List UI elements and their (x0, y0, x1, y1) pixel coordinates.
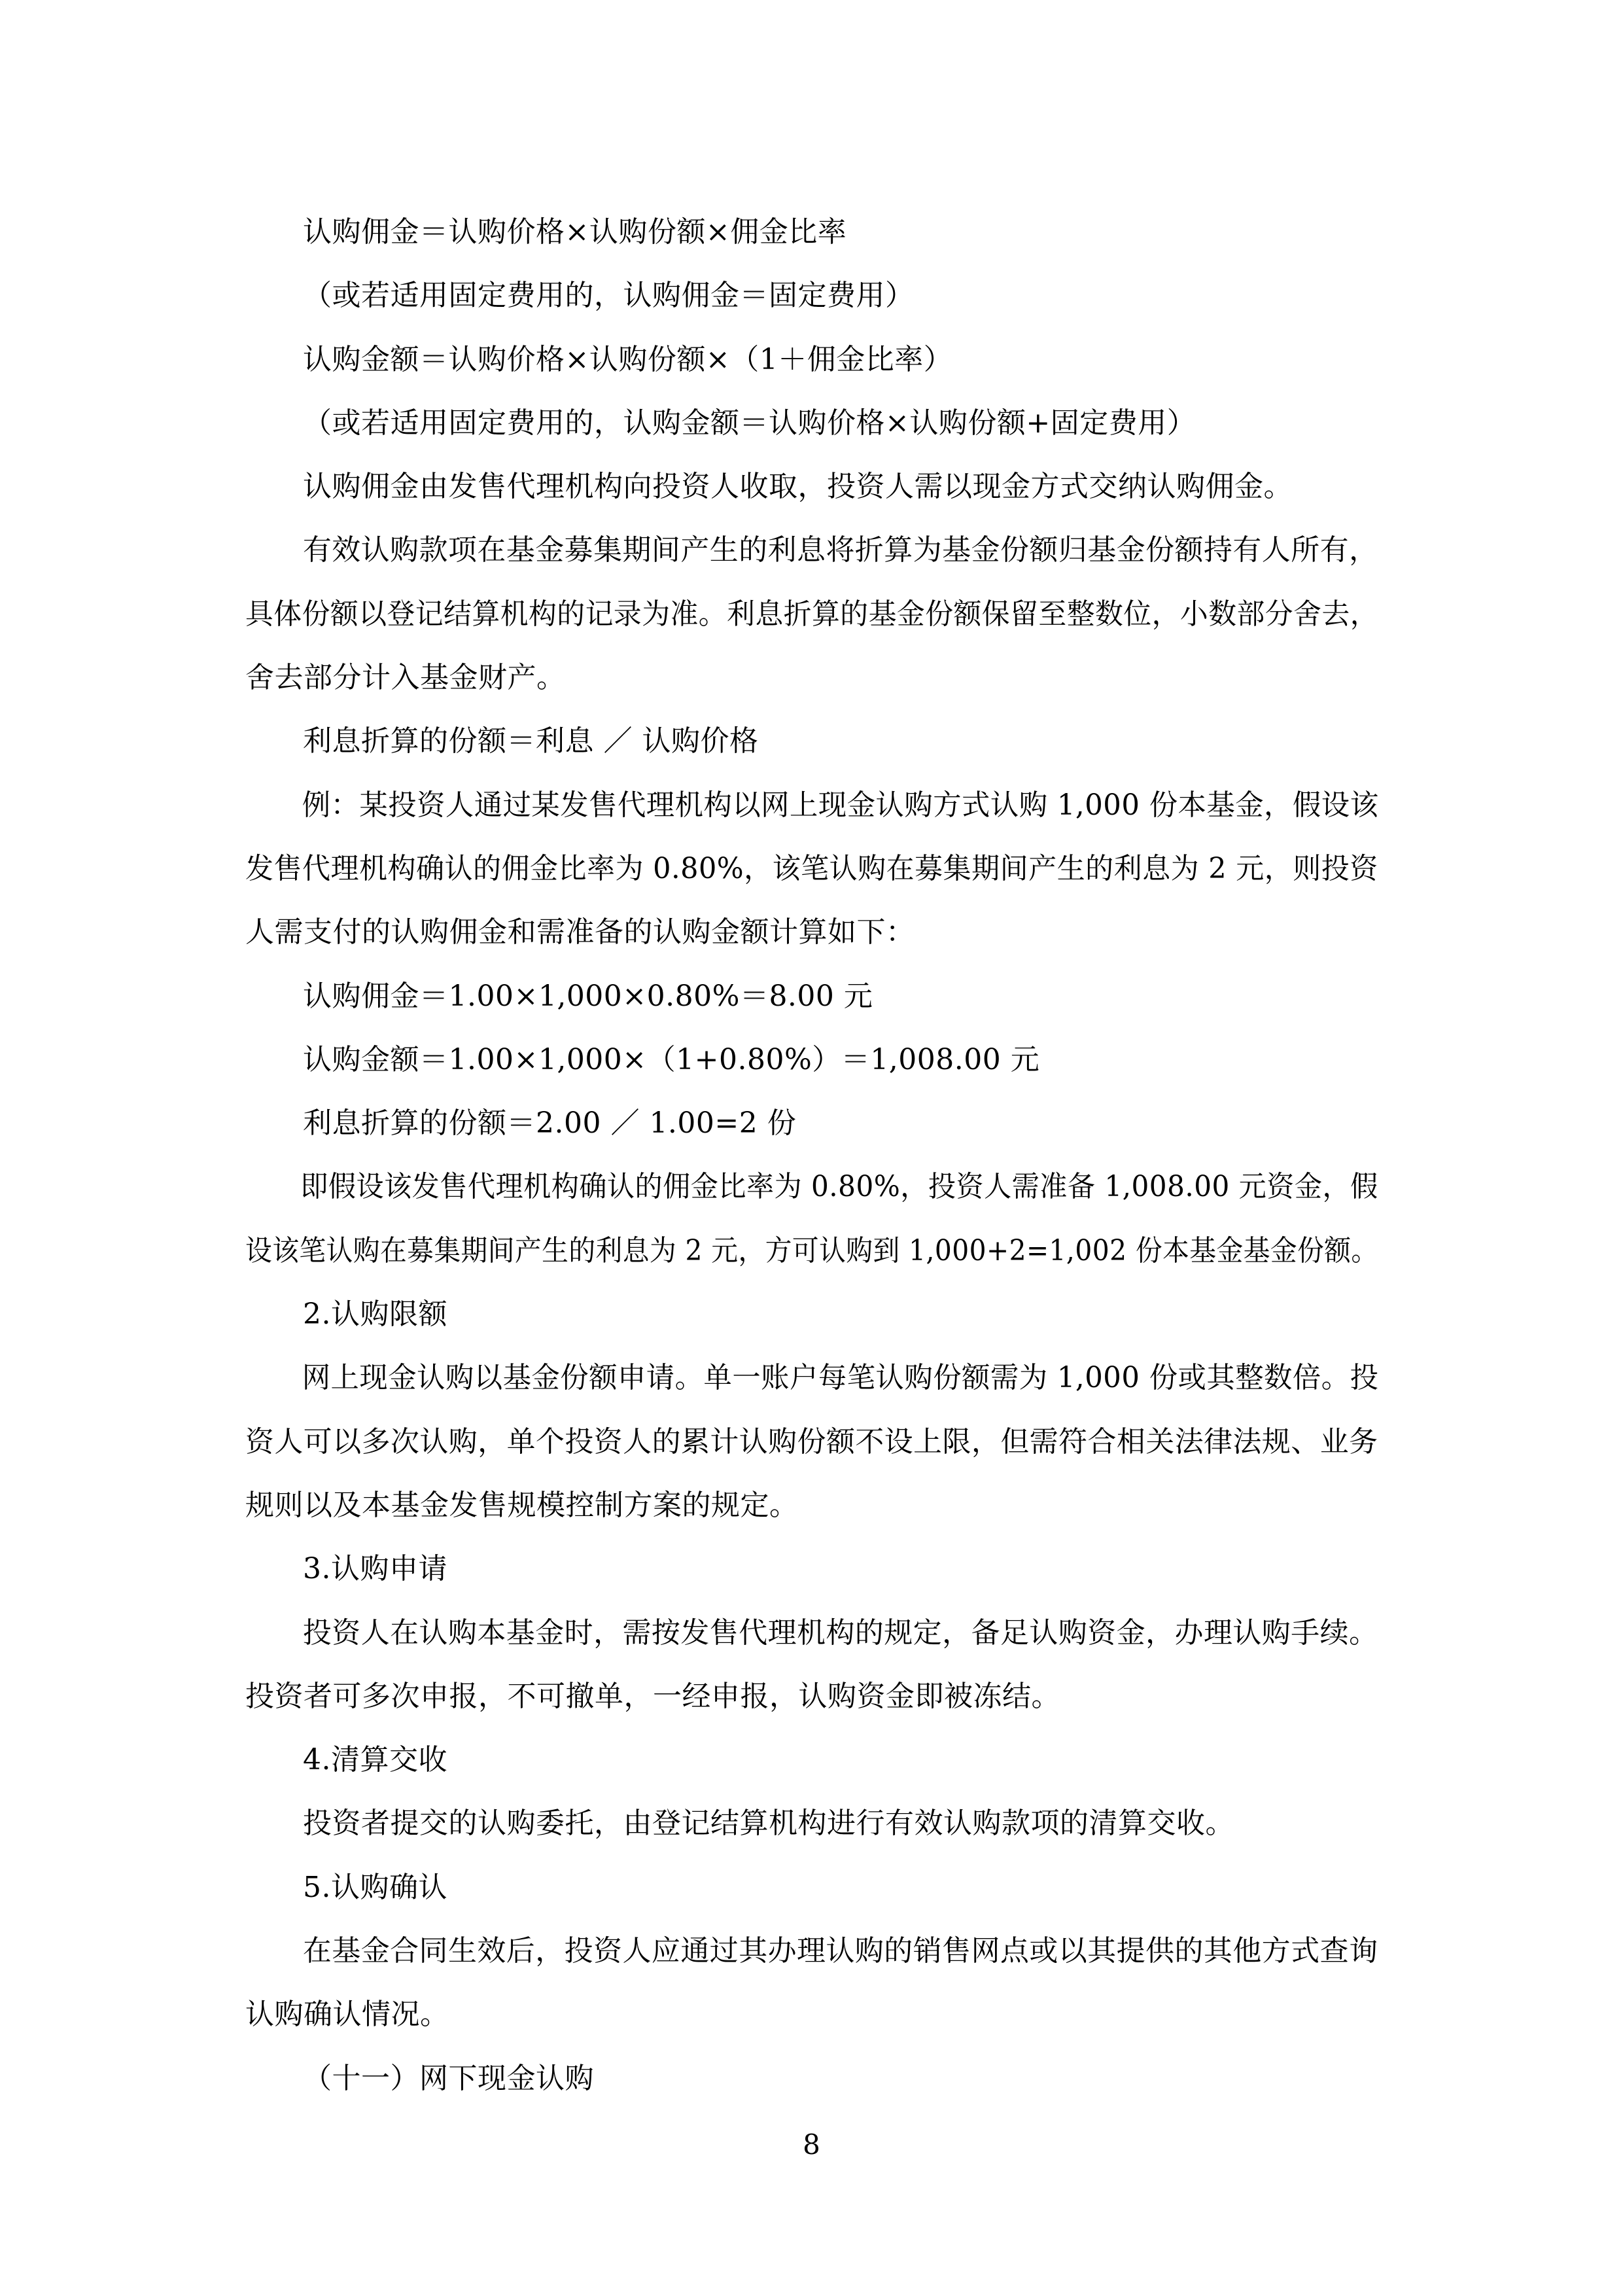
text-line: 人需支付的认购佣金和需准备的认购金额计算如下： (245, 900, 1378, 964)
document-body: 认购佣金＝认购价格×认购份额×佣金比率 （或若适用固定费用的，认购佣金＝固定费用… (245, 200, 1378, 2110)
text-line: 认购佣金＝认购价格×认购份额×佣金比率 (245, 200, 1378, 264)
section-heading: 3.认购申请 (245, 1537, 1378, 1600)
section-heading: （十一）网下现金认购 (245, 2047, 1378, 2110)
text-line: 发售代理机构确认的佣金比率为 0.80%，该笔认购在募集期间产生的利息为 2 元… (245, 837, 1353, 900)
text-line: 网上现金认购以基金份额申请。单一账户每笔认购份额需为 1,000 份或其整数倍。… (245, 1346, 1361, 1409)
text-line: 规则以及本基金发售规模控制方案的规定。 (245, 1474, 1378, 1537)
section-heading: 5.认购确认 (245, 1856, 1378, 1919)
text-line: 认购金额＝1.00×1,000×（1+0.80%）＝1,008.00 元 (245, 1028, 1378, 1091)
page-number: 8 (0, 2125, 1623, 2164)
text-line: 资人可以多次认购，单个投资人的累计认购份额不设上限，但需符合相关法律法规、业务 (245, 1410, 1376, 1474)
text-line: 投资人在认购本基金时，需按发售代理机构的规定，备足认购资金，办理认购手续。 (245, 1601, 1376, 1665)
text-line: 认购佣金＝1.00×1,000×0.80%＝8.00 元 (245, 964, 1378, 1028)
text-line: 认购确认情况。 (245, 1983, 1378, 2046)
text-line: 投资者提交的认购委托，由登记结算机构进行有效认购款项的清算交收。 (245, 1792, 1378, 1855)
text-line: 认购佣金由发售代理机构向投资人收取，投资人需以现金方式交纳认购佣金。 (245, 455, 1378, 518)
text-line: 投资者可多次申报，不可撤单，一经申报，认购资金即被冻结。 (245, 1665, 1378, 1728)
text-line: 设该笔认购在募集期间产生的利息为 2 元，方可认购到 1,000+2=1,002… (245, 1219, 1294, 1282)
text-line: 认购金额＝认购价格×认购份额×（1＋佣金比率） (245, 328, 1378, 391)
section-heading: 2.认购限额 (245, 1282, 1378, 1346)
text-line: （或若适用固定费用的，认购金额＝认购价格×认购份额+固定费用） (245, 391, 1378, 455)
text-line: 有效认购款项在基金募集期间产生的利息将折算为基金份额归基金份额持有人所有， (245, 518, 1376, 582)
text-line: 利息折算的份额＝利息 ／ 认购价格 (245, 709, 1378, 773)
document-page: 认购佣金＝认购价格×认购份额×佣金比率 （或若适用固定费用的，认购佣金＝固定费用… (0, 0, 1623, 2296)
text-line: 具体份额以登记结算机构的记录为准。利息折算的基金份额保留至整数位，小数部分舍去， (245, 582, 1348, 646)
text-line: 例：某投资人通过某发售代理机构以网上现金认购方式认购 1,000 份本基金，假设… (245, 773, 1361, 837)
text-line: 即假设该发售代理机构确认的佣金比率为 0.80%，投资人需准备 1,008.00… (245, 1155, 1330, 1218)
text-line: 利息折算的份额＝2.00 ／ 1.00=2 份 (245, 1091, 1378, 1155)
text-line: 舍去部分计入基金财产。 (245, 646, 1378, 709)
text-line: （或若适用固定费用的，认购佣金＝固定费用） (245, 264, 1378, 327)
text-line: 在基金合同生效后，投资人应通过其办理认购的销售网点或以其提供的其他方式查询 (245, 1919, 1376, 1983)
section-heading: 4.清算交收 (245, 1728, 1378, 1792)
